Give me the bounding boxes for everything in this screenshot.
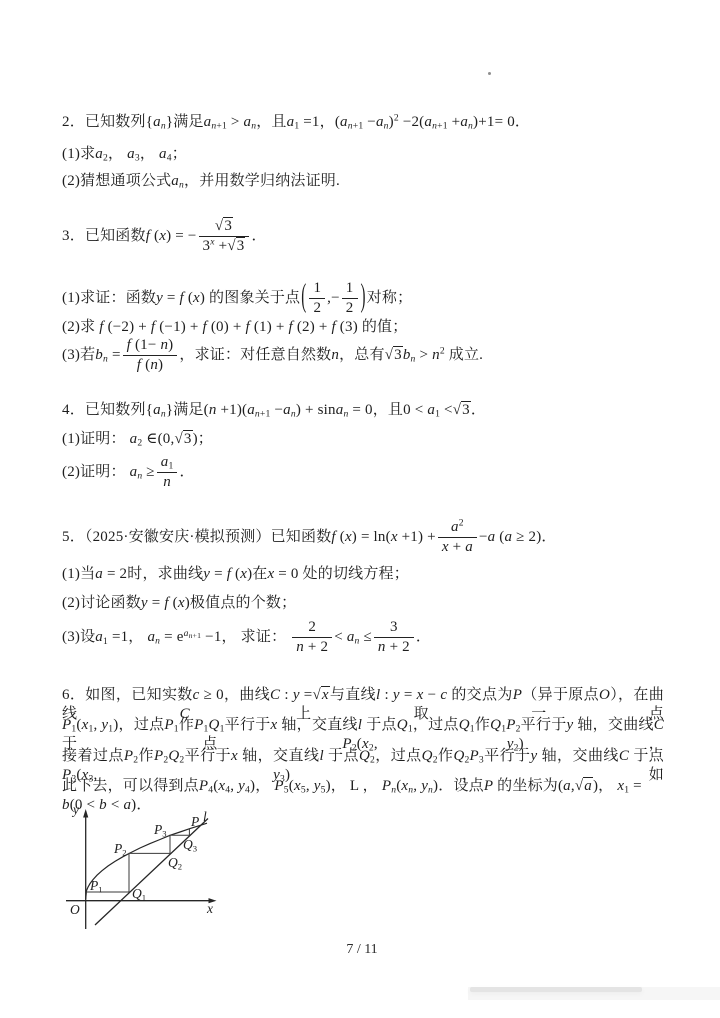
problem-2-part-1: (1)求a2， a3， a4； (62, 145, 187, 164)
problem-5-part-3: (3)设a1 =1， an = ean+1 −1， 求证： 2n + 2< an… (62, 619, 431, 657)
label-P1: P1 (90, 879, 103, 893)
label-x-axis: x (207, 902, 213, 916)
label-Q3: Q3 (183, 838, 197, 852)
page-content: 2．已知数列{an}满足an+1 > an，且a1 =1，(an+1 −an)2… (62, 0, 662, 1018)
problem-3-part-1: (1)求证：函数y = f (x) 的图象关于点(12,−12)对称； (62, 280, 412, 318)
curve-sqrt-x (86, 823, 207, 899)
line-l (95, 819, 208, 926)
problem-4-statement: 4．已知数列{an}满足(n +1)(an+1 −an) + sinan = 0… (62, 401, 486, 420)
label-l: l (203, 810, 207, 824)
worksheet-page: 2．已知数列{an}满足an+1 > an，且a1 =1，(an+1 −an)2… (0, 0, 720, 1018)
problem-3-part-3: (3)若bn =f (1− n)f (n)，求证：对任意自然数n，总有√3bn … (62, 337, 483, 375)
label-origin: O (70, 903, 80, 917)
page-number: 7 / 11 (62, 942, 662, 958)
scan-artifact-smudge (470, 987, 642, 992)
y-axis-arrow (83, 809, 88, 818)
problem-5-part-1: (1)当a = 2时，求曲线y = f (x)在x = 0 处的切线方程； (62, 565, 409, 584)
problem-3-part-2: (2)求 f (−2) + f (−1) + f (0) + f (1) + f… (62, 318, 407, 337)
label-Q1: Q1 (132, 887, 146, 901)
figure-canvas (50, 808, 235, 938)
label-P3: P3 (154, 823, 167, 837)
label-y-axis: y (73, 803, 79, 817)
problem-3-statement: 3．已知函数f (x) = −√33x +√3． (62, 218, 267, 256)
label-Q2: Q2 (168, 856, 182, 870)
problem-2-statement: 2．已知数列{an}满足an+1 > an，且a1 =1，(an+1 −an)2… (62, 113, 530, 132)
figure-problem-6: y x O P1 Q1 P2 Q2 P3 Q3 P l (50, 808, 235, 938)
problem-5-part-2: (2)讨论函数y = f (x)极值点的个数； (62, 594, 296, 613)
scan-artifact-band (468, 987, 720, 1000)
label-P: P (191, 815, 199, 829)
problem-4-part-1: (1)证明： a2 ∈(0,√3)； (62, 430, 213, 449)
label-P2: P2 (114, 842, 127, 856)
problem-5-statement: 5．（2025·安徽安庆·模拟预测）已知函数f (x) = ln(x +1) +… (62, 519, 557, 557)
problem-4-part-2: (2)证明： an ≥a1n． (62, 454, 195, 492)
problem-2-part-2: (2)猜想通项公式an，并用数学归纳法证明. (62, 172, 340, 191)
